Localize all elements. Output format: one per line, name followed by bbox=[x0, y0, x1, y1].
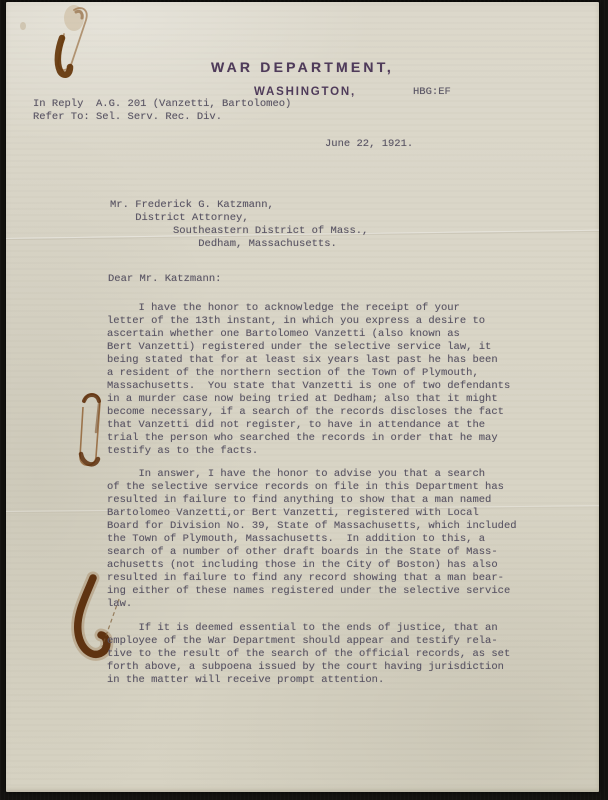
body-paragraph-3: If it is deemed essential to the ends of… bbox=[107, 622, 510, 687]
letterhead-city: WASHINGTON, bbox=[254, 86, 356, 98]
in-reply-refer-block: In Reply A.G. 201 (Vanzetti, Bartolomeo)… bbox=[33, 98, 291, 124]
body-paragraph-2: In answer, I have the honor to advise yo… bbox=[107, 468, 517, 611]
photo-background: WAR DEPARTMENT, WASHINGTON, HBG:EF In Re… bbox=[0, 0, 608, 800]
date-line: June 22, 1921. bbox=[325, 138, 413, 151]
salutation-line: Dear Mr. Katzmann: bbox=[108, 273, 221, 286]
paperclip-rust-stain-middle-left bbox=[80, 394, 100, 465]
letterhead-organization: WAR DEPARTMENT, bbox=[6, 59, 599, 75]
reference-initials: HBG:EF bbox=[413, 86, 451, 99]
body-paragraph-1: I have the honor to acknowledge the rece… bbox=[107, 302, 510, 458]
letter-paper: WAR DEPARTMENT, WASHINGTON, HBG:EF In Re… bbox=[6, 2, 599, 792]
recipient-address-block: Mr. Frederick G. Katzmann, District Atto… bbox=[110, 199, 368, 251]
